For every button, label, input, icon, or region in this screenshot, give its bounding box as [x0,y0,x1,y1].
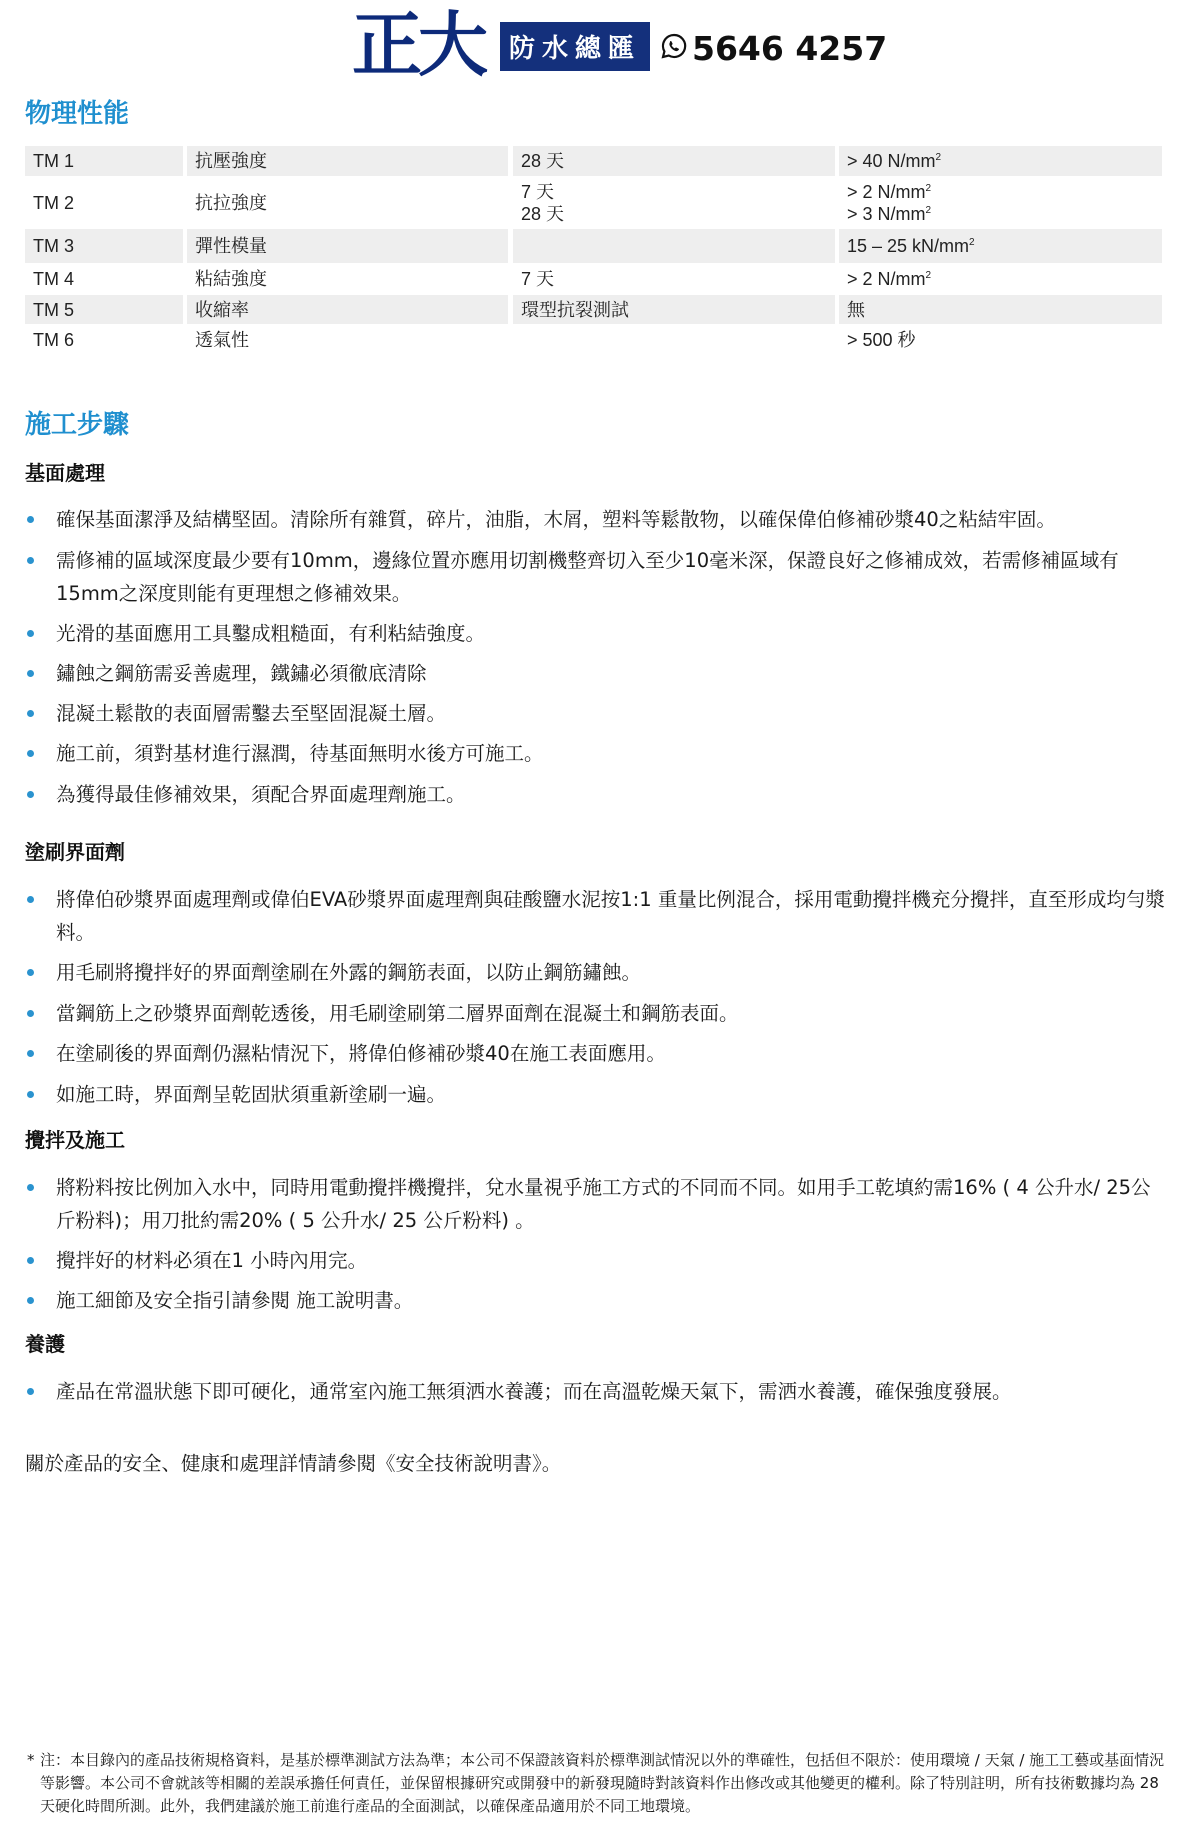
cell-property: 收縮率 [187,295,508,324]
bullet-icon [27,791,34,798]
bullet-icon [27,710,34,717]
bullet-icon [27,1050,34,1057]
bullet-icon [27,1091,34,1098]
cell-value: > 2 N/mm2 [839,264,1162,294]
bullet-icon [27,1184,34,1191]
section-title-steps: 施工步驟 [25,410,129,440]
cell-condition [513,229,835,263]
cell-condition: 28 天 [513,146,835,176]
cell-value: > 2 N/mm2 > 3 N/mm2 [839,178,1162,228]
table-row: TM 1 抗壓強度 28 天 > 40 N/mm2 [25,146,1162,176]
cell-property: 抗拉強度 [187,178,508,228]
bullet-icon [27,516,34,523]
safety-note: 關於產品的安全、健康和處理詳情請參閱《安全技術說明書》。 [25,1449,561,1479]
cell-property: 粘結強度 [187,264,508,294]
subsection-heading: 養護 [25,1331,65,1357]
table-row: TM 3 彈性模量 15 – 25 kN/mm2 [25,229,1162,263]
cell-code: TM 2 [25,178,183,228]
footnote: * 注：本目錄內的產品技術規格資料，是基於標準測試方法為準；本公司不保證該資料於… [27,1749,1177,1819]
cell-property: 抗壓強度 [187,146,508,176]
cell-code: TM 4 [25,264,183,294]
whatsapp-icon [660,29,692,68]
subsection-heading: 攪拌及施工 [25,1127,125,1153]
bullet-icon [27,1297,34,1304]
footnote-text: 注：本目錄內的產品技術規格資料，是基於標準測試方法為準；本公司不保證該資料於標準… [40,1749,1172,1818]
bullet-icon [27,1388,34,1395]
footnote-marker: * [27,1749,35,1772]
brand-tagline: 防水總匯 [500,22,650,71]
cell-code: TM 6 [25,325,183,355]
cell-code: TM 1 [25,146,183,176]
bullet-icon [27,896,34,903]
brand-logo: 正大 [352,4,484,86]
cell-value: > 40 N/mm2 [839,146,1162,176]
bullet-icon [27,670,34,677]
cell-condition: 環型抗裂測試 [513,295,835,324]
cell-property: 透氣性 [187,325,508,355]
subsection-heading: 基面處理 [25,460,105,486]
bullet-icon [27,1257,34,1264]
bullet-icon [27,1010,34,1017]
table-row: TM 5 收縮率 環型抗裂測試 無 [25,295,1162,324]
phone-number: 5646 4257 [692,29,887,68]
cell-condition: 7 天 28 天 [513,178,835,228]
cell-value: > 500 秒 [839,325,1162,355]
bullet-icon [27,557,34,564]
cell-property: 彈性模量 [187,229,508,263]
bullet-icon [27,969,34,976]
subsection-heading: 塗刷界面劑 [25,839,125,865]
table-row: TM 2 抗拉強度 7 天 28 天 > 2 N/mm2 > 3 N/mm2 [25,178,1162,228]
cell-condition: 7 天 [513,264,835,294]
section-title-physical: 物理性能 [25,99,129,129]
table-row: TM 6 透氣性 > 500 秒 [25,325,1162,355]
table-row: TM 4 粘結強度 7 天 > 2 N/mm2 [25,264,1162,294]
bullet-icon [27,630,34,637]
phone-contact[interactable]: 5646 4257 [660,26,887,70]
bullet-icon [27,750,34,757]
cell-condition [513,325,835,355]
cell-value: 無 [839,295,1162,324]
cell-value: 15 – 25 kN/mm2 [839,229,1162,263]
cell-code: TM 3 [25,229,183,263]
cell-code: TM 5 [25,295,183,324]
